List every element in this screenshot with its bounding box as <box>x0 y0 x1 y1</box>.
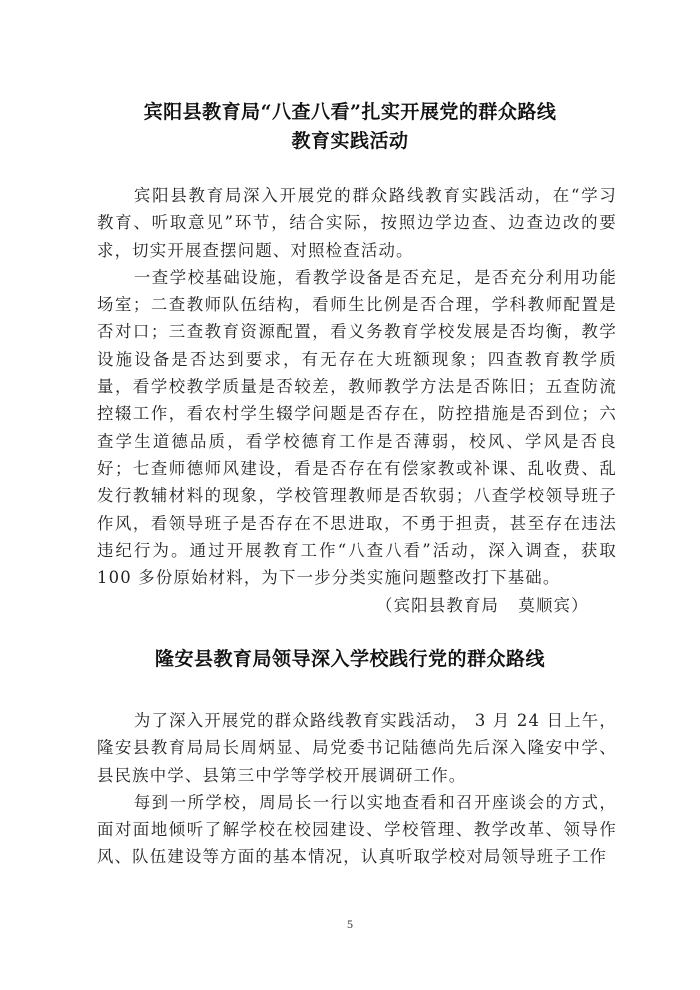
article2-body: 为了深入开展党的群众路线教育实践活动， 3 月 24 日上午，隆安县教育局局长周… <box>97 707 617 871</box>
article2-title: 隆安县教育局领导深入学校践行党的群众路线 <box>95 645 605 674</box>
document-page: 宾阳县教育局“八查八看”扎实开展党的群众路线 教育实践活动 宾阳县教育局深入开展… <box>0 0 700 990</box>
page-number: 5 <box>0 917 700 932</box>
article1-paragraph: 一查学校基础设施，看教学设备是否充足，是否充分利用功能场室；二查教师队伍结构，看… <box>97 264 617 592</box>
article1-title-line1: 宾阳县教育局“八查八看”扎实开展党的群众路线 <box>95 98 605 127</box>
article2-paragraph: 每到一所学校，周局长一行以实地查看和召开座谈会的方式，面对面地倾听了解学校在校园… <box>97 789 617 871</box>
article2-paragraph: 为了深入开展党的群众路线教育实践活动， 3 月 24 日上午，隆安县教育局局长周… <box>97 707 617 789</box>
article1-title-line2: 教育实践活动 <box>95 127 605 156</box>
article1-signature: （宾阳县教育局 莫顺宾） <box>376 592 589 616</box>
article1-title: 宾阳县教育局“八查八看”扎实开展党的群众路线 教育实践活动 <box>95 98 605 156</box>
article1-body: 宾阳县教育局深入开展党的群众路线教育实践活动，在“学习教育、听取意见”环节，结合… <box>97 182 617 591</box>
article1-paragraph: 宾阳县教育局深入开展党的群众路线教育实践活动，在“学习教育、听取意见”环节，结合… <box>97 182 617 264</box>
